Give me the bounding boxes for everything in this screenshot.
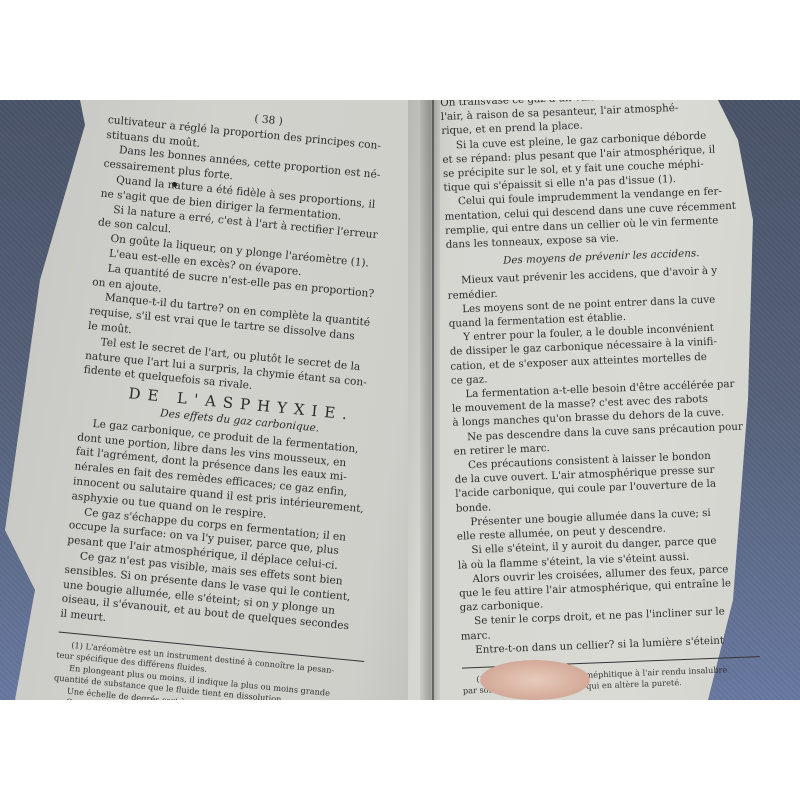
right-page-text: On transvase ce gaz d'un vaisseau dans u… (440, 100, 773, 697)
fingertips (480, 660, 590, 700)
page-edge (432, 100, 434, 700)
left-page-text: ( 38 ) cultivateur a réglé la proportion… (50, 100, 428, 700)
book-gutter (420, 100, 440, 700)
book-photo: ( 38 ) cultivateur a réglé la proportion… (0, 100, 800, 700)
footnote: (1) L'aréomètre est un instrument destin… (50, 638, 376, 700)
